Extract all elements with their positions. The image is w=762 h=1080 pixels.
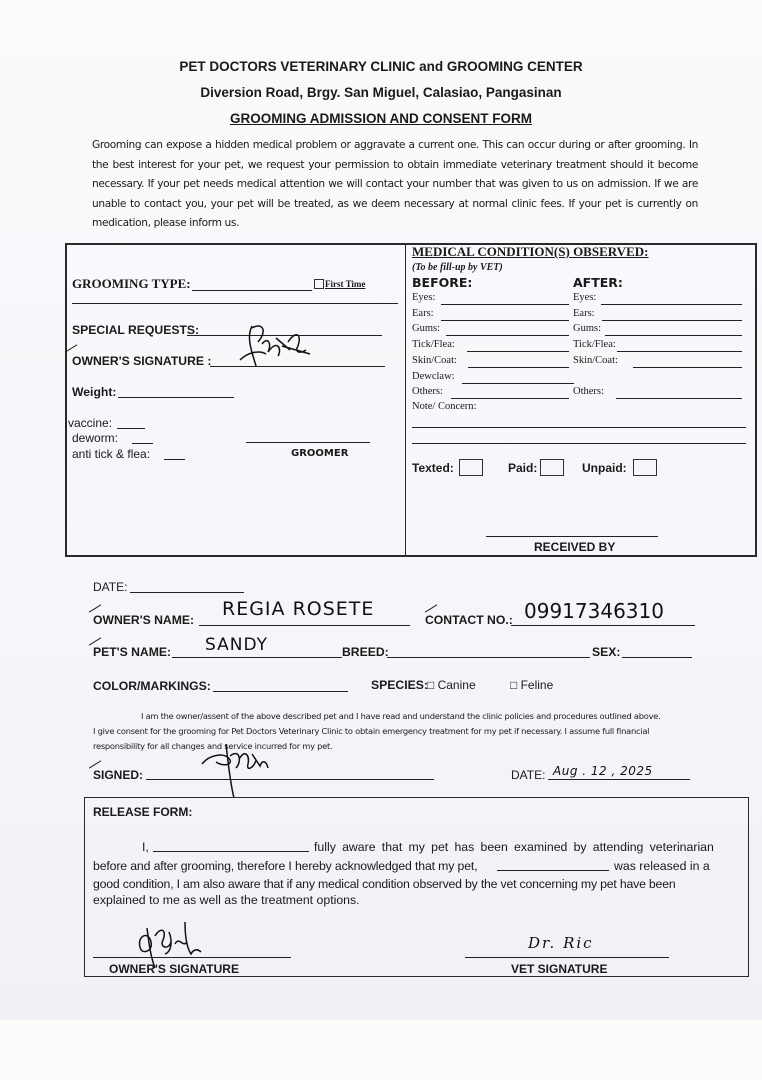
release-owner-signature-label: OWNER'S SIGNATURE: [109, 962, 239, 976]
scan-background: [0, 1020, 762, 1080]
medical-before-field[interactable]: [462, 383, 574, 384]
vaccine-label: vaccine:: [68, 416, 112, 430]
owner-signature-mark: [238, 322, 318, 377]
species-canine-label: Canine: [438, 678, 476, 692]
medical-after-label: Skin/Coat:: [573, 355, 618, 366]
consent-line-1: I am the owner/assent of the above descr…: [141, 711, 660, 721]
clinic-name: PET DOCTORS VETERINARY CLINIC and GROOMI…: [0, 59, 762, 74]
sex-field[interactable]: [622, 657, 692, 658]
grooming-type-extra-line[interactable]: [72, 303, 398, 304]
contact-label: CONTACT NO.:: [425, 613, 513, 627]
release-line-3: good condition, I am also aware that if …: [93, 877, 675, 891]
medical-after-field[interactable]: [605, 335, 742, 336]
clinic-address: Diversion Road, Brgy. San Miguel, Calasi…: [0, 85, 762, 100]
medical-after-field[interactable]: [633, 367, 742, 368]
checkbox-icon: □: [510, 678, 517, 692]
received-by-label: RECEIVED BY: [534, 540, 615, 554]
vaccine-field[interactable]: [117, 428, 145, 429]
medical-before-field[interactable]: [441, 304, 569, 305]
consent-date-field[interactable]: [548, 779, 690, 780]
contact-field[interactable]: [511, 625, 695, 626]
box-divider: [405, 244, 406, 556]
date-label: DATE:: [93, 580, 127, 594]
release-line-2a: before and after grooming, therefore I h…: [93, 859, 477, 873]
texted-checkbox[interactable]: [459, 459, 483, 476]
color-markings-field[interactable]: [213, 691, 348, 692]
vet-signature-field[interactable]: [465, 957, 669, 958]
release-line-4: explained to me as well as the treatment…: [93, 893, 360, 907]
species-canine-option[interactable]: □ Canine: [427, 678, 476, 692]
groomer-signature-field[interactable]: [246, 442, 370, 443]
texted-label: Texted:: [412, 461, 454, 475]
form-title: GROOMING ADMISSION AND CONSENT FORM: [0, 111, 762, 126]
received-by-field[interactable]: [486, 536, 658, 537]
owner-name-field[interactable]: [199, 625, 410, 626]
sex-label: SEX:: [592, 645, 620, 659]
unpaid-label: Unpaid:: [582, 461, 627, 475]
medical-before-label: Others:: [412, 386, 443, 397]
medical-before-label: Tick/Flea:: [412, 339, 455, 350]
paid-checkbox[interactable]: [540, 459, 564, 476]
note-label: Note/ Concern:: [412, 401, 476, 412]
consent-date-value: Aug . 12 , 2025: [553, 764, 653, 778]
signed-field[interactable]: [146, 779, 434, 780]
checkbox-icon: □: [427, 678, 434, 692]
consent-line-2: I give consent for the grooming for Pet …: [93, 726, 649, 736]
consent-date-label: DATE:: [511, 768, 545, 782]
intro-paragraph: Grooming can expose a hidden medical pro…: [92, 136, 698, 234]
grooming-type-field[interactable]: [192, 290, 312, 291]
release-owner-name-field[interactable]: [153, 851, 309, 852]
species-feline-option[interactable]: □ Feline: [510, 678, 553, 692]
weight-field[interactable]: [118, 397, 234, 398]
color-markings-label: COLOR/MARKINGS:: [93, 679, 211, 693]
unpaid-checkbox[interactable]: [633, 459, 657, 476]
species-feline-label: Feline: [521, 678, 554, 692]
anti-tick-field[interactable]: [164, 459, 185, 460]
owner-name-label: OWNER'S NAME:: [93, 613, 194, 627]
owner-name-value: REGIA ROSETE: [222, 598, 374, 620]
groomer-label: GROOMER: [291, 448, 348, 459]
medical-before-field[interactable]: [451, 398, 569, 399]
medical-before-label: Skin/Coat:: [412, 355, 457, 366]
owner-signature-label: OWNER'S SIGNATURE :: [72, 354, 211, 368]
deworm-label: deworm:: [72, 431, 118, 445]
medical-title: MEDICAL CONDITION(S) OBSERVED:: [412, 244, 648, 260]
medical-after-field[interactable]: [616, 398, 742, 399]
release-line-1b: fully aware that my pet has been examine…: [314, 840, 714, 854]
vet-signature-value: Dr. Ric: [528, 934, 594, 952]
medical-before-field[interactable]: [468, 367, 569, 368]
signed-label: SIGNED:: [93, 768, 143, 782]
pet-name-label: PET'S NAME:: [93, 645, 171, 659]
release-line-2b: was released in a: [614, 859, 710, 873]
first-time-checkbox[interactable]: [314, 279, 324, 289]
date-field[interactable]: [130, 592, 244, 593]
paid-label: Paid:: [508, 461, 537, 475]
medical-before-field[interactable]: [441, 320, 569, 321]
medical-subtitle: (To be fill-up by VET): [412, 262, 503, 273]
species-label: SPECIES:: [371, 678, 428, 692]
medical-after-label: Eyes:: [573, 292, 596, 303]
release-line-1a: I,: [142, 840, 149, 854]
pet-name-field[interactable]: [172, 657, 342, 658]
medical-after-label: Ears:: [573, 308, 595, 319]
medical-after-field[interactable]: [601, 304, 742, 305]
note-field-line-1[interactable]: [412, 427, 746, 428]
special-requests-label: SPECIAL REQUESTS:: [72, 323, 199, 337]
medical-before-label: Gums:: [412, 323, 440, 334]
weight-label: Weight:: [72, 385, 116, 399]
first-time-label: First Time: [325, 279, 365, 289]
medical-after-field[interactable]: [617, 351, 742, 352]
medical-before-field[interactable]: [467, 351, 569, 352]
medical-after-label: Gums:: [573, 323, 601, 334]
medical-before-label: Eyes:: [412, 292, 435, 303]
medical-after-label: Others:: [573, 386, 604, 397]
medical-before-label: Ears:: [412, 308, 434, 319]
breed-field[interactable]: [387, 657, 590, 658]
vet-signature-label: VET SIGNATURE: [511, 962, 607, 976]
medical-before-field[interactable]: [446, 335, 569, 336]
before-label: BEFORE:: [412, 275, 472, 290]
pet-name-value: SANDY: [205, 635, 268, 655]
contact-value: 09917346310: [524, 599, 664, 623]
deworm-field[interactable]: [132, 443, 153, 444]
medical-after-label: Tick/Flea:: [573, 339, 616, 350]
release-pet-name-field[interactable]: [497, 870, 609, 871]
anti-tick-label: anti tick & flea:: [72, 447, 150, 461]
release-form-title: RELEASE FORM:: [93, 805, 192, 819]
note-field-line-2[interactable]: [412, 443, 746, 444]
breed-label: BREED:: [342, 645, 389, 659]
after-label: AFTER:: [573, 275, 623, 290]
medical-before-label: Dewclaw:: [412, 371, 455, 382]
medical-after-field[interactable]: [602, 320, 742, 321]
grooming-type-label: GROOMING TYPE:: [72, 276, 191, 292]
